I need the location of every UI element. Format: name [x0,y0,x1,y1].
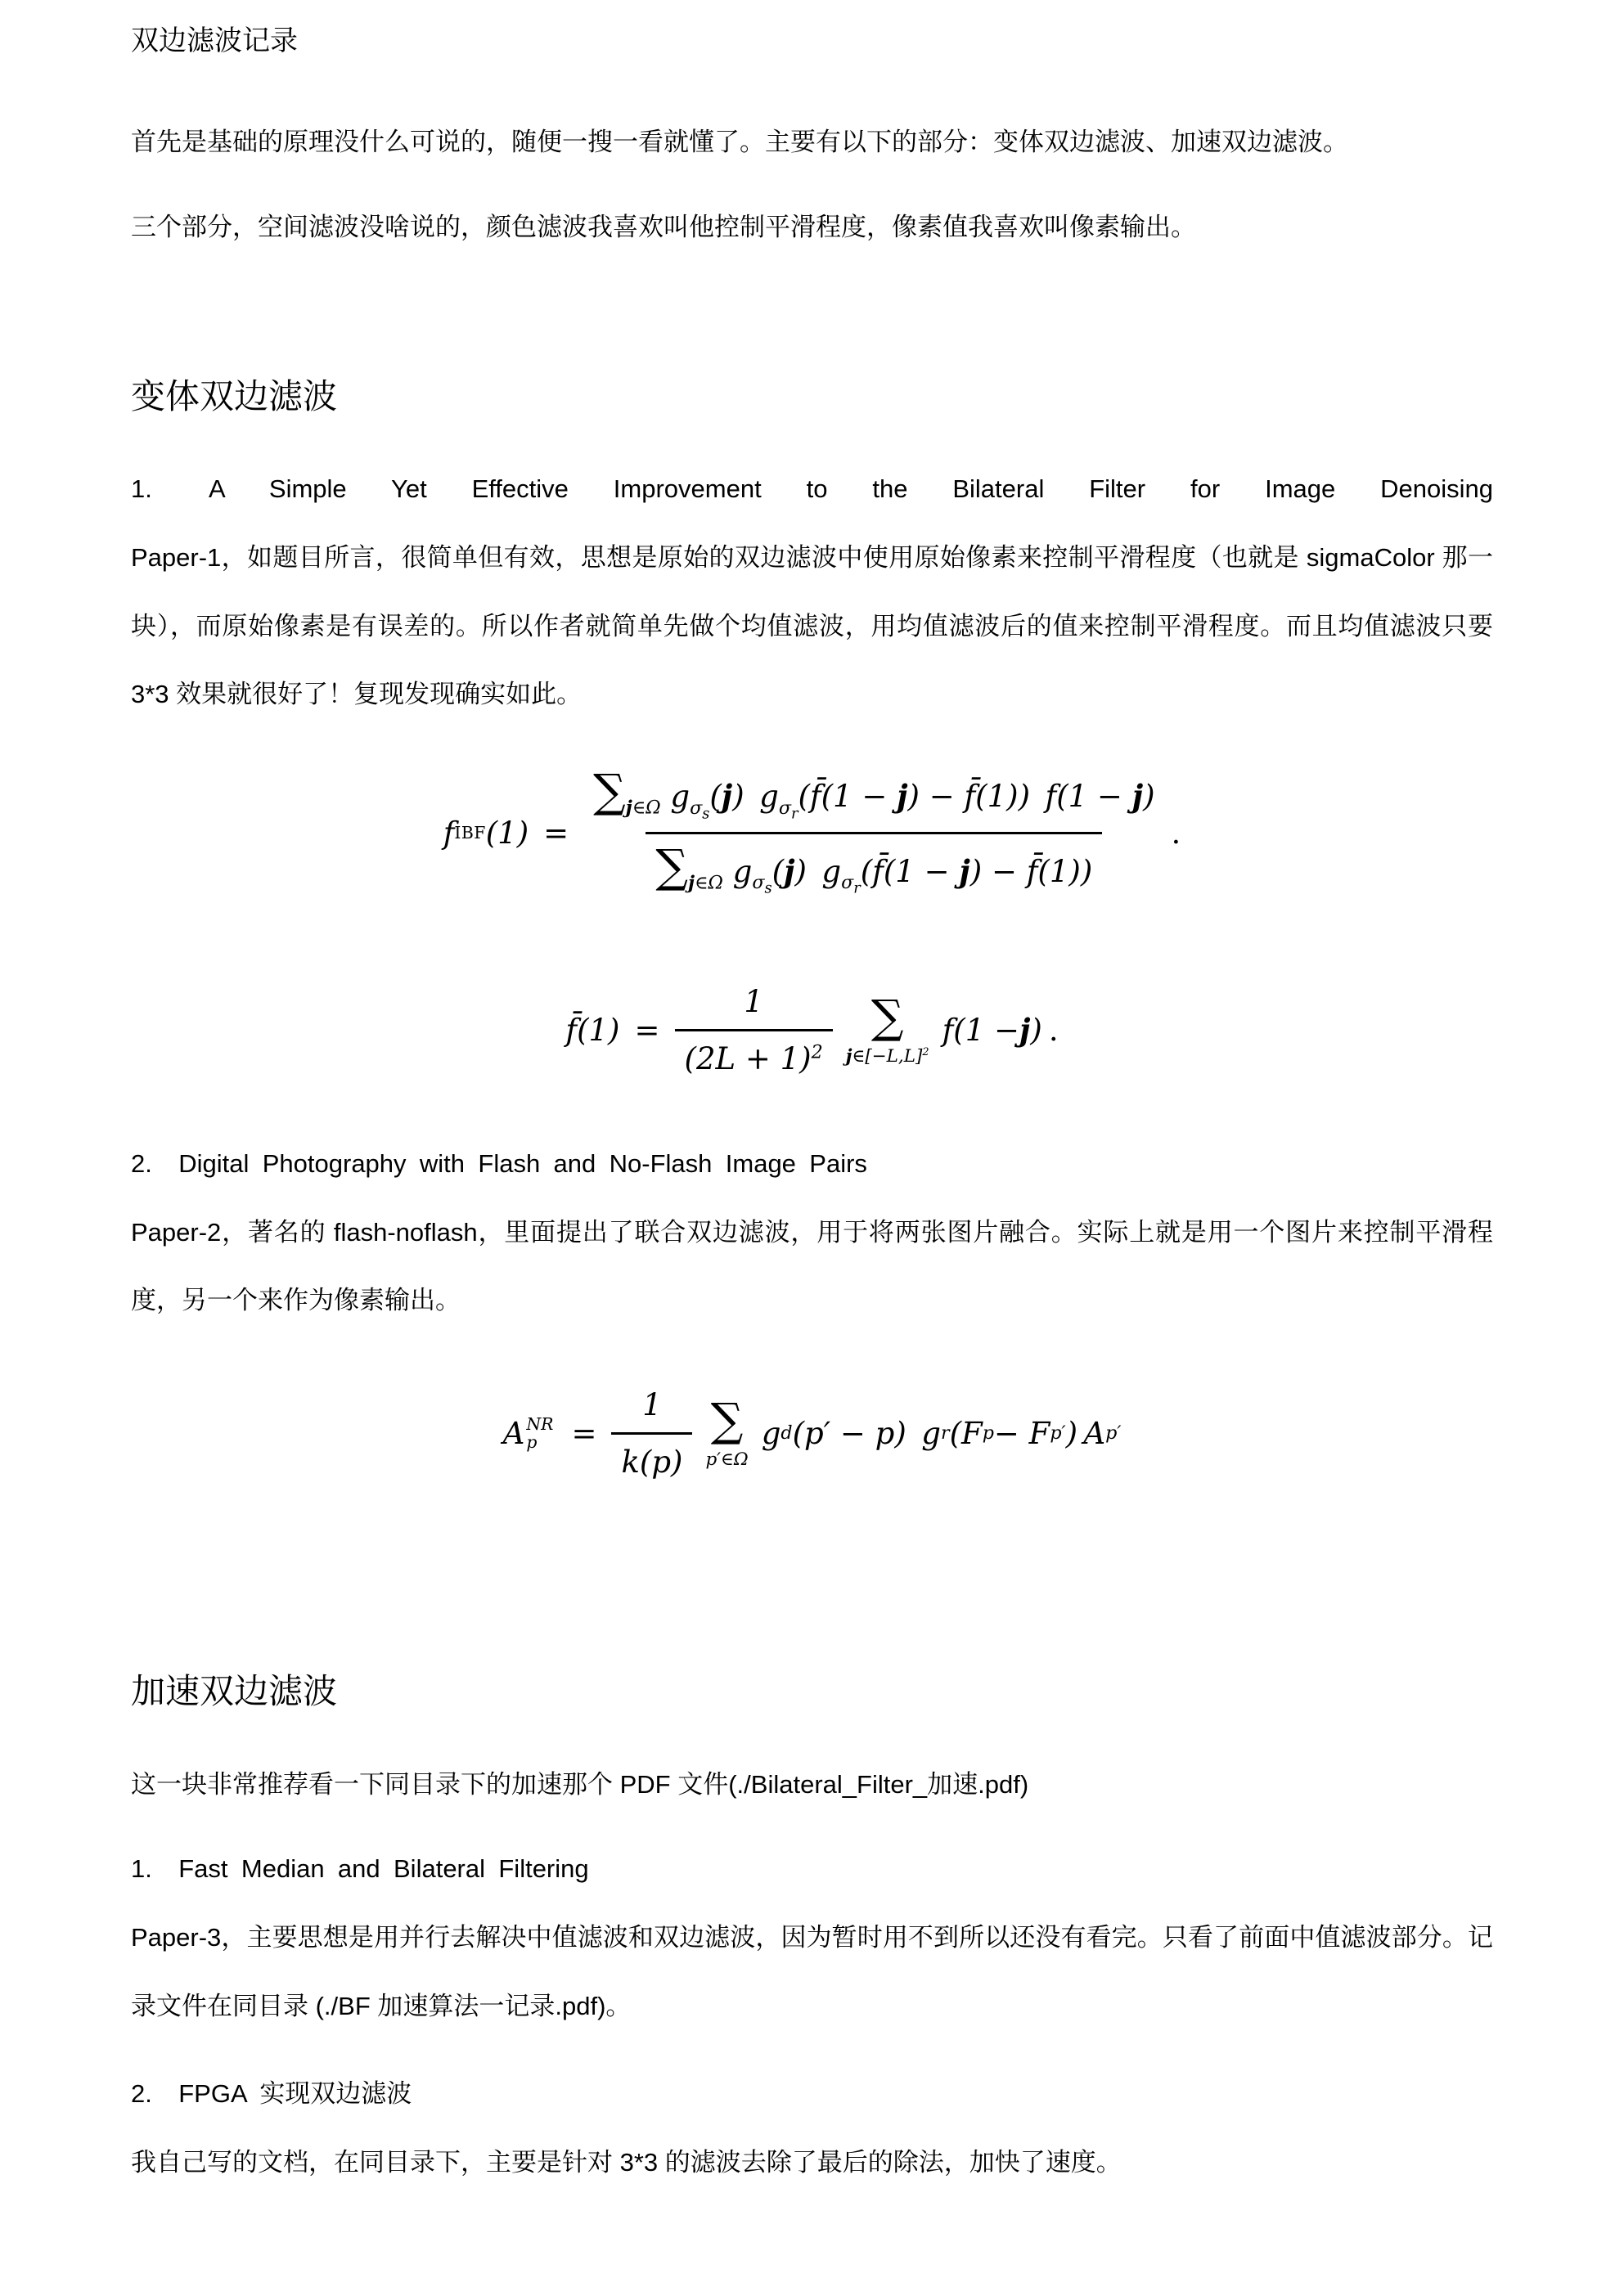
paper-title: Fast Median and Bilateral Filtering [178,1854,588,1883]
list-item-number: 2. [131,2079,152,2108]
list-item-number: 2. [131,1149,152,1178]
paper-3-note: Paper-3，主要思想是用并行去解决中值滤波和双边滤波，因为暂时用不到所以还没… [131,1903,1493,2040]
fpga-note: 我自己写的文档，在同目录下，主要是针对 3*3 的滤波去除了最后的除法，加快了速… [131,2128,1493,2197]
section-heading-accelerated-bilateral: 加速双边滤波 [131,1669,1493,1714]
accel-intro-paragraph: 这一块非常推荐看一下同目录下的加速那个 PDF 文件(./Bilateral_F… [131,1750,1493,1819]
list-item-paper-1-title: 1. A Simple Yet Effective Improvement to… [131,455,1493,523]
paper-1-note: Paper-1，如题目所言，很简单但有效，思想是原始的双边滤波中使用原始像素来控… [131,523,1493,729]
list-item-number: 1. [131,1854,152,1883]
paper-2-note: Paper-2，著名的 flash-noflash，里面提出了联合双边滤波，用于… [131,1198,1493,1335]
page-title: 双边滤波记录 [131,23,1493,59]
formula-joint-bilateral-filter: ANRp=1k(p)∑p′∈Ωgd(p′ − p) gr(Fp − Fp′) A… [131,1350,1493,1517]
document-page: 双边滤波记录 首先是基础的原理没什么可说的，随便一搜一看就懂了。主要有以下的部分… [0,0,1624,2296]
intro-paragraph-1: 首先是基础的原理没什么可说的，随便一搜一看就懂了。主要有以下的部分：变体双边滤波… [131,108,1493,177]
intro-paragraph-2: 三个部分，空间滤波没啥说的，颜色滤波我喜欢叫他控制平滑程度，像素值我喜欢叫像素输… [131,193,1493,262]
list-item-paper-2-title: 2. Digital Photography with Flash and No… [131,1130,1493,1198]
list-item-paper-3-title: 1. Fast Median and Bilateral Filtering [131,1835,1493,1903]
section-heading-variant-bilateral: 变体双边滤波 [131,375,1493,420]
formula-improved-bilateral-filter: fIBF(1)=∑j∈Ω gσs(j) gσr(f̄(1 − j) − f̄(1… [131,753,1493,913]
paper-title: A Simple Yet Effective Improvement to th… [209,474,1493,503]
list-item-number: 1. [131,474,152,503]
list-item-fpga-title: 2. FPGA 实现双边滤波 [131,2060,1493,2128]
formula-mean-filter: f̄(1)=1(2L + 1)2∑j∈[−L,L]2f(1 − j). [131,950,1493,1110]
paper-title: Digital Photography with Flash and No-Fl… [178,1149,867,1178]
paper-title: FPGA 实现双边滤波 [178,2079,412,2108]
